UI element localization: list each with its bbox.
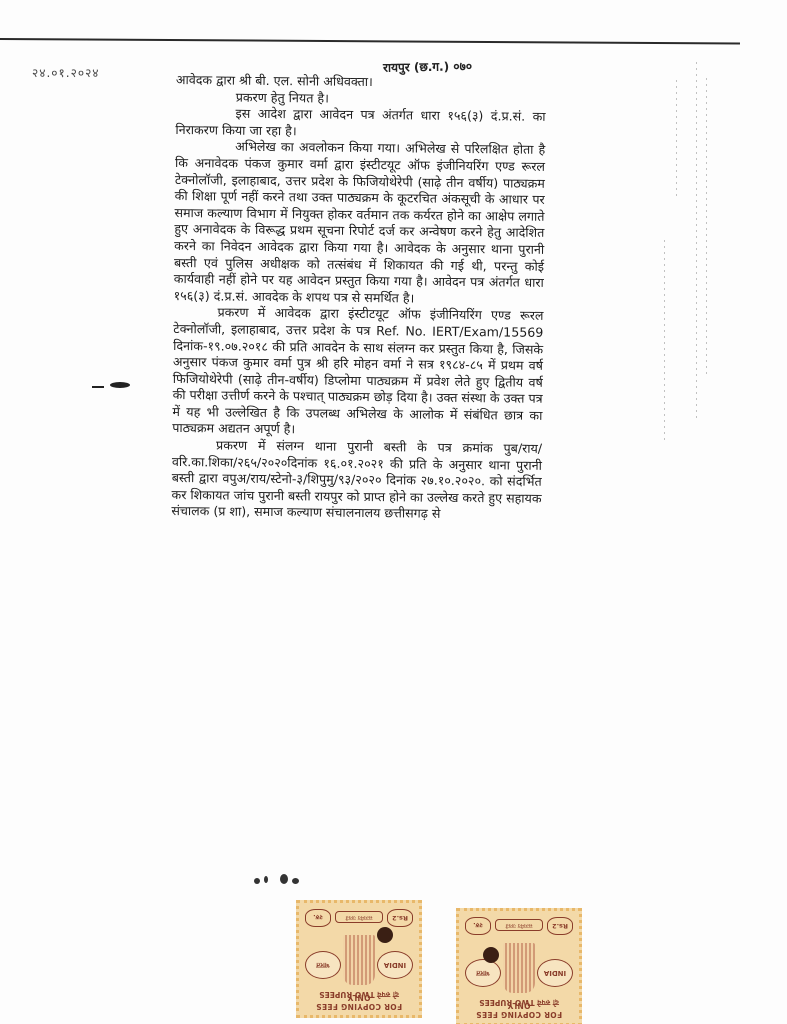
margin-ink-mark	[92, 382, 136, 390]
stamp-india-label: INDIA	[537, 959, 573, 987]
stamp-bharat-label: भारत	[465, 959, 501, 987]
stamp-india-label: INDIA	[377, 951, 413, 979]
stamp-sub-text: दो रुपये TWO RUPEES	[305, 989, 413, 999]
scan-artifact	[664, 240, 665, 440]
court-fee-stamp: FOR COPYING FEES ONLY दो रुपये TWO RUPEE…	[456, 908, 582, 1024]
court-fee-stamp: FOR COPYING FEES ONLY दो रुपये TWO RUPEE…	[296, 900, 422, 1018]
stamp-sub-text: दो रुपये TWO RUPEES	[465, 997, 573, 1007]
scanned-page: रायपुर (छ.ग.) ०७० २४.०१.२०२४ आवेदक द्वार…	[0, 0, 787, 1024]
stamp-value-right: २रु.	[305, 909, 331, 927]
stamp-bharat-label: भारत	[305, 951, 341, 979]
scan-artifact	[706, 78, 707, 378]
top-border-line	[0, 38, 740, 45]
order-body: आवेदक द्वारा श्री बी. एल. सोनी अधिवक्ता।…	[171, 72, 546, 524]
paragraph-order-disposal: इस आदेश द्वारा आवेदन पत्र अंतर्गत धारा १…	[175, 105, 545, 142]
ink-specks	[252, 872, 322, 892]
ashoka-emblem-icon	[503, 943, 535, 993]
punch-hole	[483, 947, 499, 963]
stamp-banner: सत्यमेव जयते	[495, 919, 543, 931]
paragraph-record-observation: अभिलेख का अवलोकन किया गया। अभिलेख से परि…	[174, 138, 546, 308]
margin-date: २४.०१.२०२४	[32, 64, 100, 81]
stamp-value-left: Rs.2	[547, 917, 573, 935]
paragraph-police-letter: प्रकरण में संलग्न थाना पुरानी बस्ती के प…	[171, 437, 542, 524]
scan-artifact	[696, 62, 697, 422]
ashoka-emblem-icon	[343, 935, 375, 985]
court-header-stamp: रायपुर (छ.ग.) ०७०	[383, 57, 472, 76]
paragraph-institute-letter: प्रकरण में आवेदक द्वारा इंस्टीटयूट ऑफ इं…	[172, 304, 543, 441]
stamp-banner: सत्यमेव जयते	[335, 911, 383, 923]
punch-hole	[377, 927, 393, 943]
stamp-value-right: २रु.	[465, 917, 491, 935]
scan-artifact	[676, 80, 677, 200]
stamp-value-left: Rs.2	[387, 909, 413, 927]
